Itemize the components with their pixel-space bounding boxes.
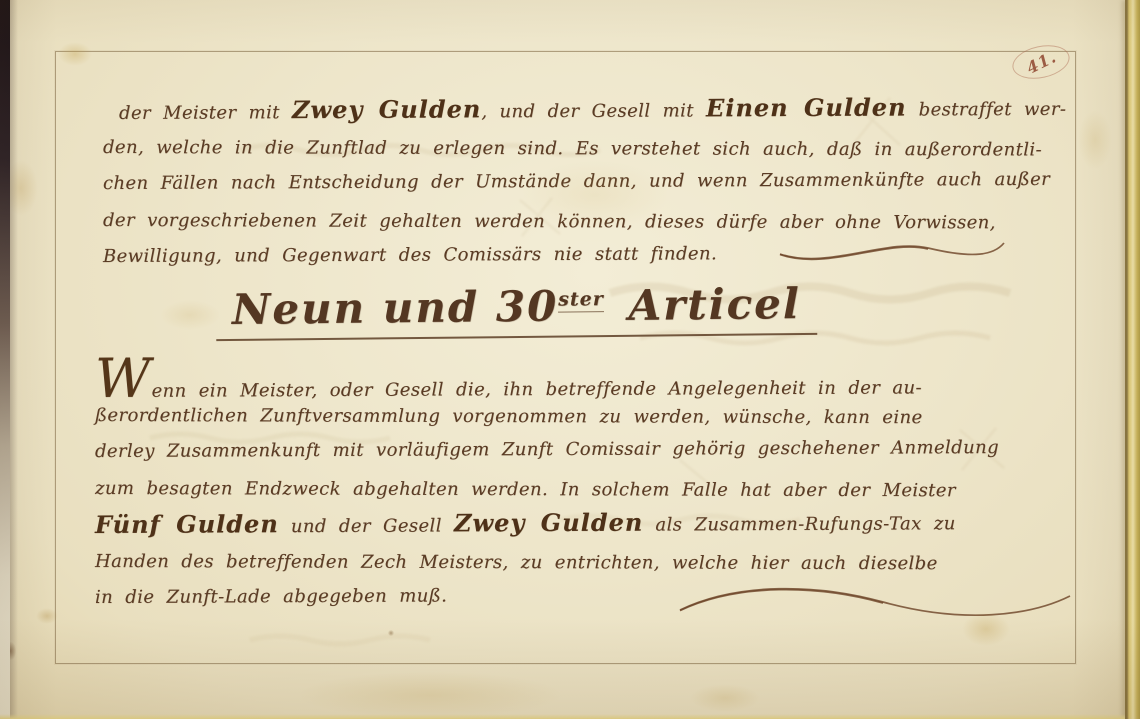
manuscript-text: chen Fällen nach Entscheidung der Umstän…	[103, 169, 1050, 194]
manuscript-text: als Zusammen-Rufungs-Tax zu	[643, 513, 955, 535]
manuscript-text: und der Gesell	[279, 515, 454, 537]
page-gutter-shadow	[10, 0, 18, 719]
stain	[300, 672, 560, 718]
manuscript-text: ßerordentlichen Zunftversammlung vorgeno…	[95, 405, 923, 428]
manuscript-text: zum besagten Endzweck abgehalten werden.…	[95, 478, 956, 501]
manuscript-line: Fünf Gulden und der Gesell Zwey Gulden a…	[95, 506, 1085, 547]
emphasized-amount: Zwey Gulden	[292, 94, 481, 124]
emphasized-amount: Fünf Gulden	[95, 509, 279, 539]
manuscript-line: derley Zusammenkunft mit vorläufigem Zun…	[95, 433, 1085, 474]
page-gilt-edge	[1125, 0, 1140, 719]
manuscript-text: bestraffet wer-	[906, 99, 1066, 121]
manuscript-text: , und der Gesell mit	[481, 100, 706, 122]
manuscript-line: chen Fällen nach Entscheidung der Umstän…	[103, 165, 1068, 206]
pen-flourish-after-muss	[678, 588, 1076, 628]
manuscript-text: enn ein Meister, oder Gesell die, ihn be…	[152, 377, 923, 401]
article-heading-text: Neun und 30ster Articel	[216, 280, 817, 341]
page-gutter-edge	[0, 0, 10, 719]
manuscript-line: Wenn ein Meister, oder Gesell die, ihn b…	[95, 360, 1085, 401]
article-heading: Neun und 30ster Articel	[55, 283, 1074, 338]
manuscript-text: Bewilligung, und Gegenwart des Comissärs…	[103, 243, 717, 267]
pen-flourish-after-finden	[778, 238, 1008, 272]
ordinal-superscript: ster	[558, 288, 604, 312]
page-gilt-edge-bottom	[0, 714, 1125, 719]
manuscript-text: Articel	[612, 279, 801, 330]
page-number: 41.	[1023, 47, 1059, 78]
emphasized-amount: Einen Gulden	[706, 92, 907, 122]
manuscript-text: der Meister mit	[119, 102, 292, 124]
manuscript-text: in die Zunft-Lade abgegeben muß.	[95, 585, 447, 608]
manuscript-text: Neun und 30	[232, 282, 559, 334]
manuscript-page: 41. der Meister mit Zwey Gulden, und der…	[0, 0, 1140, 719]
manuscript-text: Handen des betreffenden Zech Meisters, z…	[95, 551, 938, 574]
manuscript-text: der vorgeschriebenen Zeit gehalten werde…	[103, 210, 996, 233]
paragraph-article-body: Wenn ein Meister, oder Gesell die, ihn b…	[95, 364, 1085, 620]
manuscript-line: der Meister mit Zwey Gulden, und der Ges…	[103, 92, 1068, 133]
manuscript-text: den, welche in die Zunftlad zu erlegen s…	[103, 137, 1042, 160]
manuscript-text: derley Zusammenkunft mit vorläufigem Zun…	[95, 437, 999, 462]
stain	[1078, 110, 1112, 170]
stain	[690, 684, 760, 712]
emphasized-amount: Zwey Gulden	[454, 508, 643, 538]
